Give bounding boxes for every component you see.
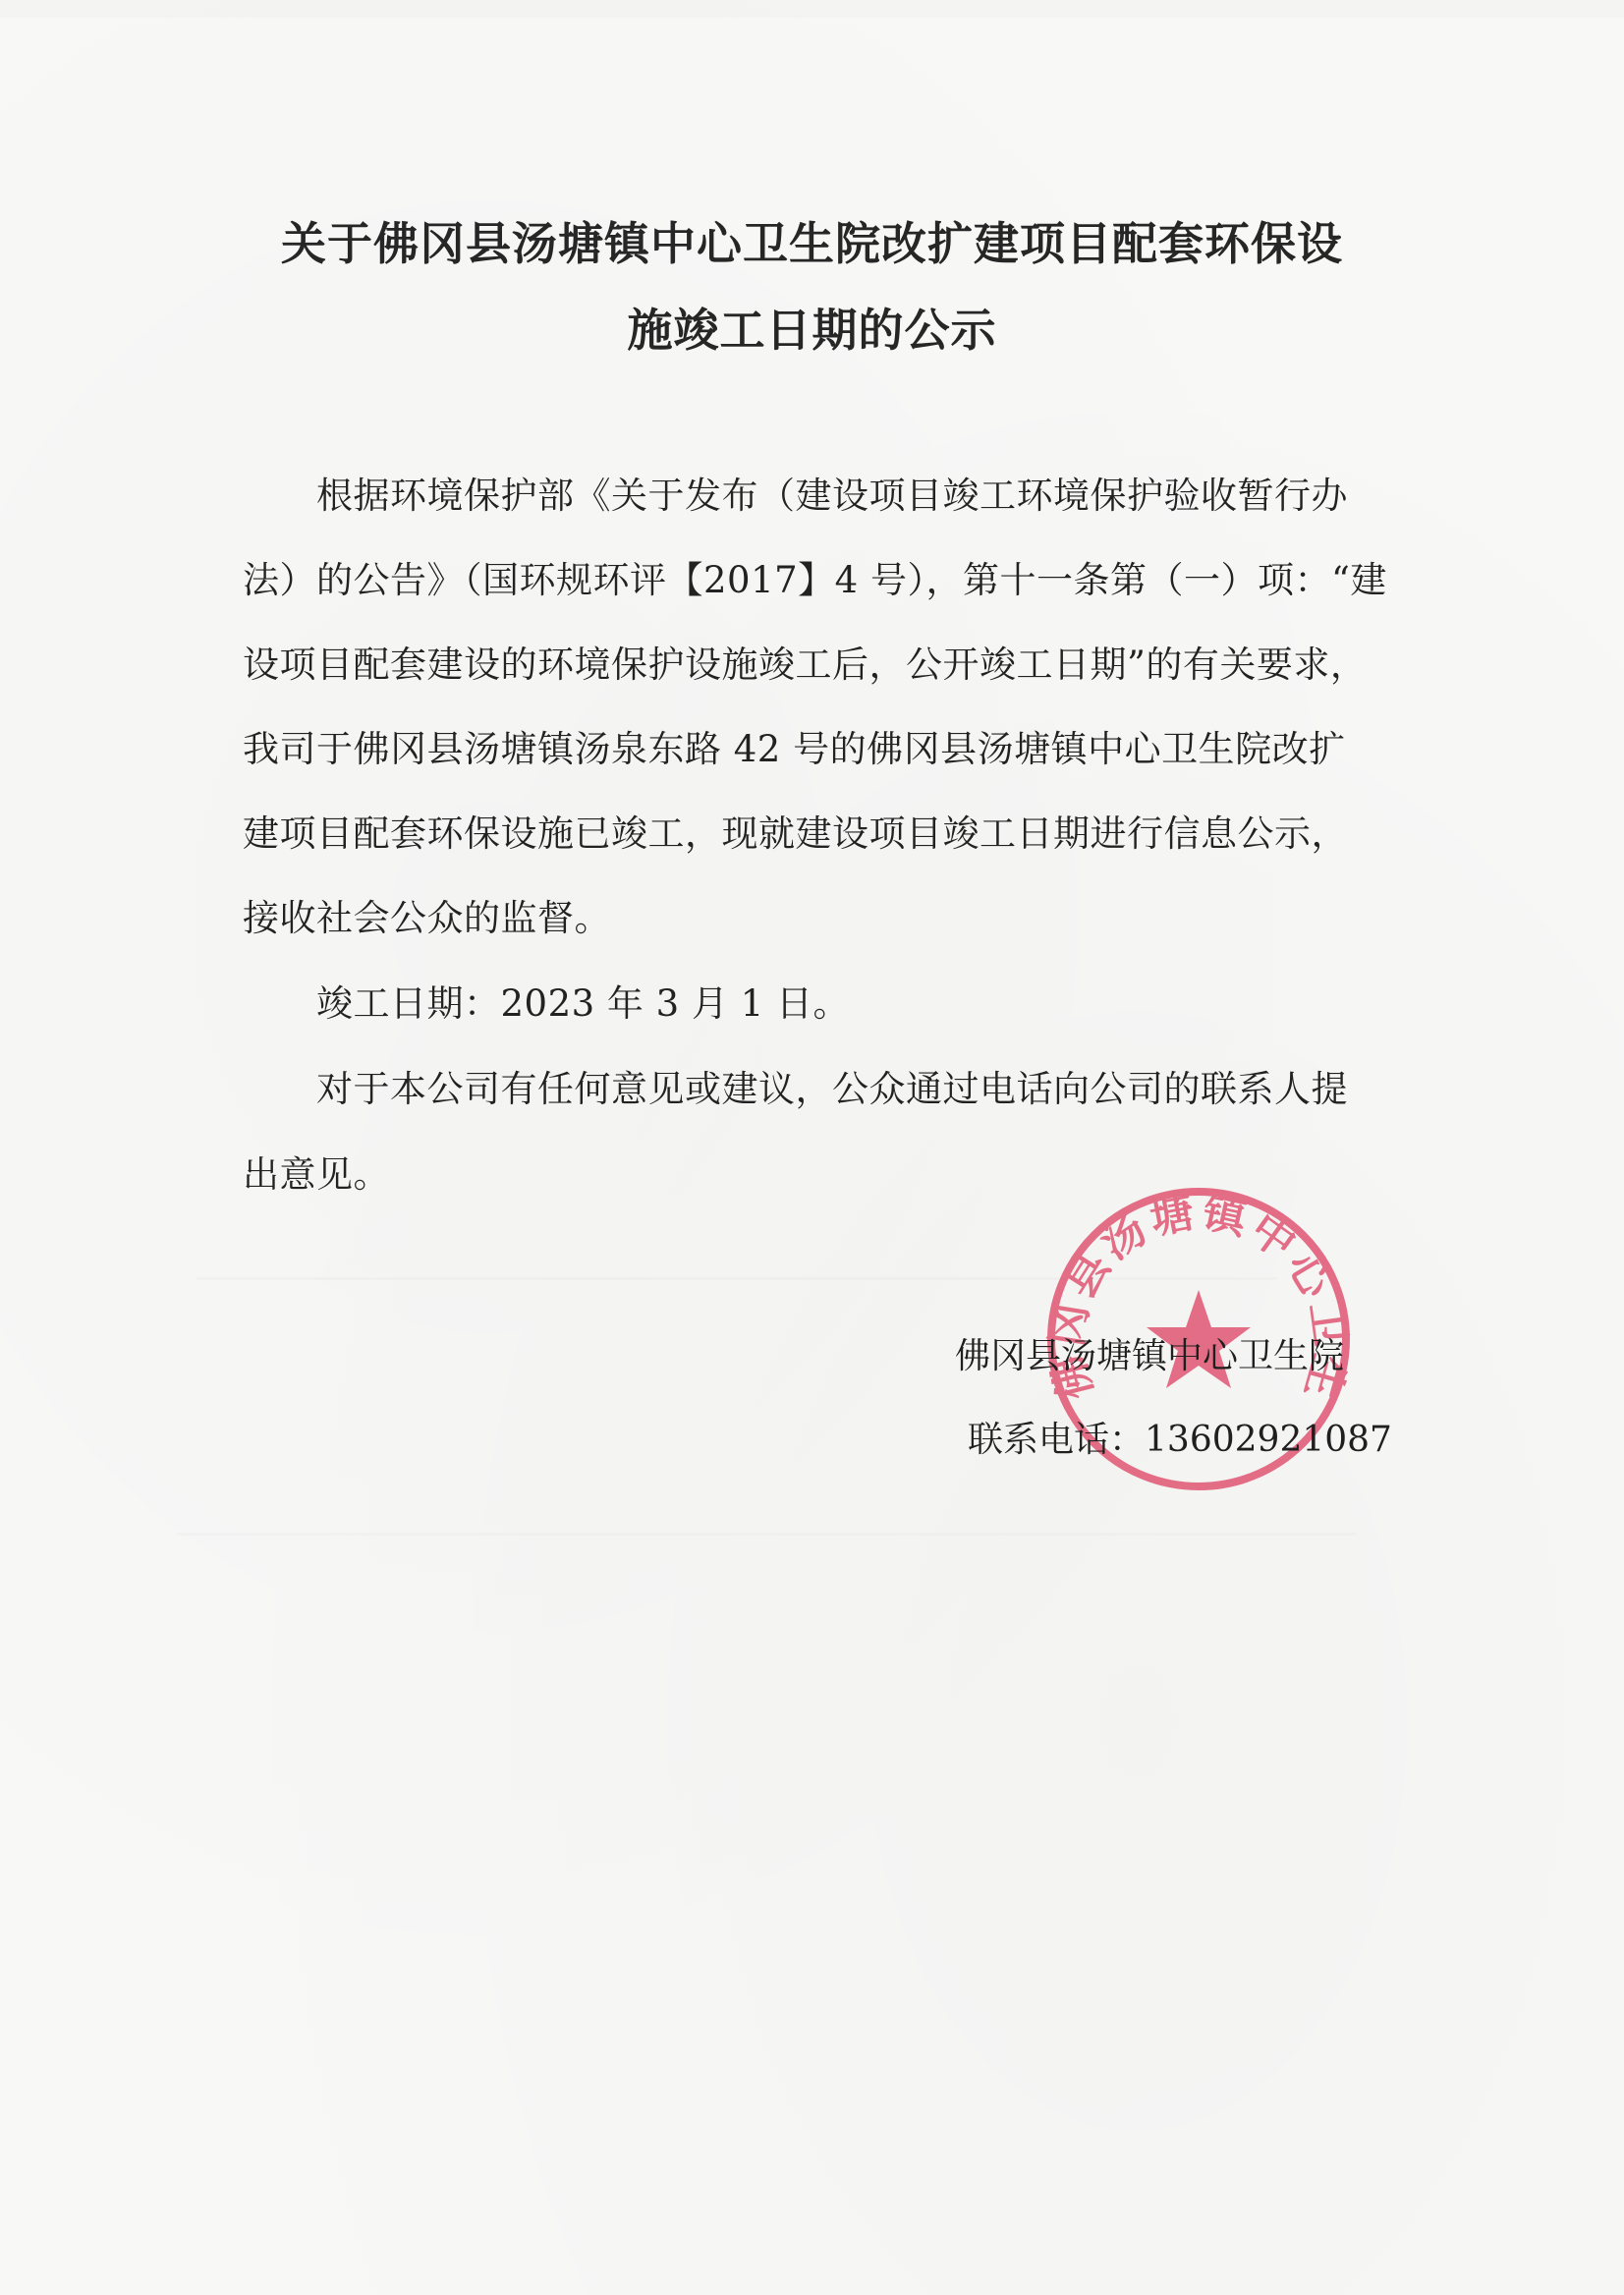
body-line: 我司于佛冈县汤塘镇汤泉东路 42 号的佛冈县汤塘镇中心卫生院改扩 bbox=[243, 728, 1363, 771]
signature-organization: 佛冈县汤塘镇中心卫生院 bbox=[955, 1328, 1344, 1378]
body-line: 法）的公告》（国环规环评【2017】4 号），第十一条第（一）项：“建 bbox=[243, 559, 1363, 602]
document-title-line-1: 关于佛冈县汤塘镇中心卫生院改扩建项目配套环保设 bbox=[0, 208, 1624, 273]
phone-number: 13602921087 bbox=[1145, 1420, 1392, 1460]
body-line: 设项目配套建设的环境保护设施竣工后，公开竣工日期”的有关要求， bbox=[243, 644, 1363, 687]
body-line: 建项目配套环保设施已竣工，现就建设项目竣工日期进行信息公示， bbox=[243, 812, 1363, 856]
body-line: 对于本公司有任何意见或建议，公众通过电话向公司的联系人提 bbox=[316, 1068, 1436, 1111]
scan-artifact bbox=[177, 1533, 1356, 1536]
scanned-page: 关于佛冈县汤塘镇中心卫生院改扩建项目配套环保设 施竣工日期的公示 根据环境保护部… bbox=[0, 0, 1624, 2295]
scan-edge bbox=[0, 0, 1624, 18]
body-line: 接收社会公众的监督。 bbox=[243, 897, 1363, 940]
phone-label: 联系电话： bbox=[968, 1420, 1145, 1460]
signature-phone: 联系电话：13602921087 bbox=[968, 1412, 1392, 1462]
document-title-line-2: 施竣工日期的公示 bbox=[0, 295, 1624, 360]
completion-date-line: 竣工日期：2023 年 3 月 1 日。 bbox=[316, 982, 1436, 1026]
body-line: 根据环境保护部《关于发布（建设项目竣工环境保护验收暂行办 bbox=[316, 475, 1436, 518]
